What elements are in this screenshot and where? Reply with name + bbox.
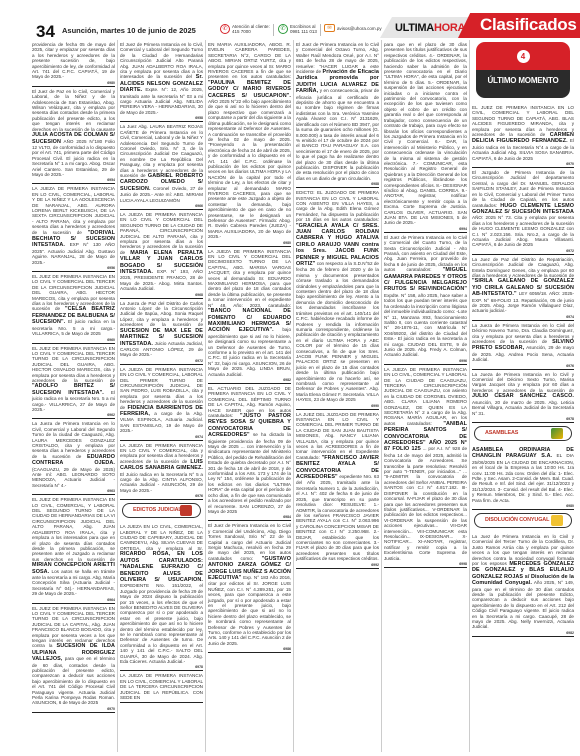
column-3: EN MARIA AUXILIADORA, ABOG. R. EVELIN CA… xyxy=(206,40,294,752)
section-pill-asambleas: ASAMBLEAS xyxy=(474,426,572,441)
legal-notice: El Juez de Paz en lo Civil, Comercial y … xyxy=(32,87,115,185)
notice-code: 6986 xyxy=(208,647,291,651)
legal-notice: LA JUEZA DE PRIMERA INSTANCIA EN LO CIVI… xyxy=(384,365,467,568)
page-number: 34 xyxy=(36,22,55,42)
notice-body: EL JUEZ DE PRIMERA INSTANCIA EN LO CIVIL… xyxy=(472,105,574,161)
notice-body: El Juez de Primera Instancia en lo Civil… xyxy=(120,42,203,115)
ultimo-momento-number: 4 xyxy=(517,50,530,63)
legal-notice: LA JUEZA DE PRIMERA INSTANCIA EN LO CIVI… xyxy=(120,671,203,703)
notice-code: 6980 xyxy=(208,241,291,245)
notice-code: 6998 xyxy=(384,562,467,566)
notice-body: EL ACTUARIO DEL JUZGADO DE PRIMERA INSTA… xyxy=(208,386,291,514)
notice-code: 6956 xyxy=(32,266,115,270)
section-pill-label: DISOLUCIÓN CONYUGAL xyxy=(485,517,549,523)
legal-notice: La Jueza de Paz del Distrito de Carlos A… xyxy=(120,299,203,365)
notice-body: LA JUEZA DE PRIMERA INSTANCIA EN LO CIVI… xyxy=(120,673,203,700)
legal-notice: para que en el plazo de 30 días presente… xyxy=(384,40,467,233)
classifieds-columns: providencia de fecha 05 de mayo del 2025… xyxy=(30,40,576,752)
notice-code: 6982 xyxy=(208,378,291,382)
legal-notice: El Juzgado de Primera Instancia de la Ci… xyxy=(472,168,574,255)
legal-notice: La Juez Abg. LAURA BEATRIZ ROJAS CAÑETE … xyxy=(120,122,203,210)
legal-notice: EL JUEZ DE PRIMERA INSTANCIA EN LO CIVIL… xyxy=(32,272,115,343)
divider xyxy=(273,24,274,36)
notice-body: para que en el plazo de 30 días presente… xyxy=(384,42,467,226)
legal-notice: La Juez de Primera Instancia en lo Civil… xyxy=(472,532,574,637)
notice-code: 6963 xyxy=(32,489,115,493)
notice-code: 6984 xyxy=(208,515,291,519)
notice-body: LA JUEZA DE PRIMERA INSTANCIA EN LO CIVI… xyxy=(208,249,291,377)
notice-body: La Juez Abg. LAURA BEATRIZ ROJAS CAÑETE … xyxy=(120,124,203,203)
legal-notice: EL ACTUARIO DEL JUZGADO DE PRIMERA INSTA… xyxy=(208,384,291,521)
notice-code: 6988 xyxy=(296,182,379,186)
notice-body: EL JUEZ DE PRIMERA INSTANCIA EN LO CIVIL… xyxy=(32,606,115,706)
notice-case-title: JULIO CESAR SANCHEZ CASCO. xyxy=(472,393,574,399)
legal-notice: LA JUEZ DEL JUZGADO DE PRIMERA INSTANCIA… xyxy=(296,410,379,569)
notice-code: 6954 xyxy=(32,178,115,182)
notice-code: 6958 xyxy=(120,116,203,120)
section-title-banner: Clasificados xyxy=(458,13,580,38)
whatsapp-icon: ✆ xyxy=(278,24,288,34)
column-5: para que en el plazo de 30 días presente… xyxy=(382,40,470,752)
notice-code: 6960 xyxy=(32,338,115,342)
legal-notice: EL JUEZ DE PRIMERA INSTANCIA EN LO CIVIL… xyxy=(32,495,115,603)
notice-code: 6978 xyxy=(120,665,203,669)
notice-body: El Juez de Primera Instancia en lo Civil… xyxy=(296,42,379,181)
publication-date: Asunción, martes 10 de junio de 2025 xyxy=(62,26,196,35)
notice-body: La Juez de Primera Instancia en lo Civil… xyxy=(472,534,574,630)
section-pill-edictos-judiciales: EDICTOS JUDICIALES xyxy=(122,503,201,518)
column-2: El Juez de Primera Instancia en lo Civil… xyxy=(118,40,206,752)
notice-body: El Juez de Primera Instancia en lo Civil… xyxy=(208,523,291,646)
notice-code: 6964 xyxy=(32,598,115,602)
notice-body: EN MARIA AUXILIADORA, ABOG. R. EVELIN CA… xyxy=(208,42,291,240)
brand-logo: ULTIMAHORA xyxy=(395,22,465,34)
phone-icon: ✆ xyxy=(220,24,230,34)
legal-notice: LA JUEZA DE PRIMERA INSTANCIA EN LO CIVI… xyxy=(208,247,291,384)
notice-code: 6982 xyxy=(472,631,574,635)
page-header: 34 Asunción, martes 10 de junio de 2025 … xyxy=(0,0,580,38)
notice-case-title: "PAULINA BEMITEZ DE GODOY C/ MARIO RIVER… xyxy=(208,80,291,99)
notice-code: 6990 xyxy=(296,404,379,408)
legal-notice: La Jueza de Primera Instancia en lo Civi… xyxy=(472,370,574,423)
column-6: 4ÚLTIMO MOMENTOEL JUEZ DE PRIMERA INSTAN… xyxy=(470,40,576,752)
notice-code: 6994 xyxy=(384,227,467,231)
legal-notice: providencia de fecha 05 de mayo del 2025… xyxy=(32,40,115,87)
notice-code: 6962 xyxy=(32,413,115,417)
notice-body: providencia de fecha 05 de mayo del 2025… xyxy=(32,42,115,80)
contact-email[interactable]: ✉ avisos@uhora.com.py xyxy=(324,24,382,32)
legal-notice: El Juez de Primera Instancia en lo Civil… xyxy=(208,521,291,653)
divorce-icon xyxy=(551,515,563,526)
section-title: Clasificados xyxy=(480,15,577,35)
legal-notice: EL JUEZ DE PRIMERA INSTANCIA EN LO CIVIL… xyxy=(32,604,115,713)
notice-case-title: "ADOLFO BRITEZ S/ SUCESION INTESTADA". xyxy=(32,383,115,395)
notice-code: 6980 xyxy=(32,81,115,85)
notice-code: 6976 xyxy=(120,494,203,498)
notice-code: 6972 xyxy=(472,249,574,253)
notice-body: LA JUEZA DE PRIMERA INSTANCIA EN LO CIVI… xyxy=(120,212,203,292)
notice-body: LA JUEZA DE PRIMERA INSTANCIA EN LO CIVI… xyxy=(120,367,203,434)
notice-body: EL JUEZ DE PRIMERA INSTANCIA EN LO CIVIL… xyxy=(32,497,115,596)
notice-body: La Jueza de Primera Instancia en lo Civi… xyxy=(472,372,574,416)
notice-body: LA JUEZA DE PRIMERA INSTANCIA EN LO CIVI… xyxy=(120,443,203,494)
column-1: providencia de fecha 05 de mayo del 2025… xyxy=(30,40,118,752)
contact-phone: ✆ Atención al cliente:415 7000 xyxy=(220,24,270,34)
legal-notice: La Juez de Paz del Distrito de Repatriac… xyxy=(472,255,574,321)
legal-notice: El Juez de Primera Instancia en lo Civil… xyxy=(296,40,379,188)
notice-body: La Juez de Paz del Distrito de Repatriac… xyxy=(472,257,574,314)
notice-body: LA JUEZ DEL JUZGADO DE PRIMERA INSTANCIA… xyxy=(296,412,379,562)
notice-code: 6970 xyxy=(472,162,574,166)
section-pill-disoluci-n-conyugal: DISOLUCIÓN CONYUGAL xyxy=(474,513,572,528)
legal-notice: LA JUEZA DE PRIMERA INSTANCIA EN LO CIVI… xyxy=(120,365,203,441)
notice-body: El Juzgado de Primera Instancia de la Ci… xyxy=(472,170,574,248)
legal-notice: LA JUEZA DE PRIMERA INSTANCIA EN LO CIVI… xyxy=(120,210,203,299)
notice-body: EL JUEZ DE PRIMERA INSTANCIA EN LO CIVIL… xyxy=(32,346,115,413)
legal-notice: EN MARIA AUXILIADORA, ABOG. R. EVELIN CA… xyxy=(208,40,291,247)
notice-body: LA JUEZA DE PRIMERA INSTANCIA EN LO CIVI… xyxy=(32,186,115,265)
legal-notice: EL JUEZ DE PRIMERA INSTANCIA EN LO CIVIL… xyxy=(32,344,115,420)
notice-body: La Jueza de Paz del Distrito de Carlos A… xyxy=(120,301,203,358)
legal-notice: EL JUEZ DE PRIMERA INSTANCIA EN LO CIVIL… xyxy=(472,103,574,168)
section-pill-label: ASAMBLEAS xyxy=(485,430,518,436)
notice-code: 6972 xyxy=(120,359,203,363)
notice-code: 6978 xyxy=(472,417,574,421)
email-icon: ✉ xyxy=(324,24,335,32)
notice-code: 6980 xyxy=(472,504,574,508)
ultimo-momento-label: ÚLTIMO MOMENTO xyxy=(476,76,570,85)
legal-notice: LA JUEZA DE PRIMERA INSTANCIA EN LO CIVI… xyxy=(120,441,203,501)
notice-body: EDICTO: EL JUZGADO DE PRIMERA INSTANCIA … xyxy=(296,190,379,402)
assembly-icon xyxy=(551,428,563,439)
divider xyxy=(320,24,321,36)
notice-code: 6968 xyxy=(120,293,203,297)
notice-body: El Juez de Primera Instancia en lo Civil… xyxy=(384,235,467,358)
gavel-icon xyxy=(180,505,192,516)
legal-notice: EDICTO: EL JUZGADO DE PRIMERA INSTANCIA … xyxy=(296,188,379,409)
legal-notice: La Jueza de Primera Instancia en lo Civi… xyxy=(32,419,115,495)
legal-notice: El Juez de Primera Instancia en lo Civil… xyxy=(120,40,203,122)
contact-whatsapp: ✆ Escribinos al0981 111 013 xyxy=(278,24,317,34)
notice-body: EL JUEZ DE PRIMERA INSTANCIA EN LO CIVIL… xyxy=(32,274,115,336)
notice-body: LA JUEZA EN LO CIVIL, COMERCIAL, LABORAL… xyxy=(120,524,203,664)
notice-case-title: RICARDO ROSA, EN LOS AUTOS CARATULADOS: … xyxy=(120,551,203,583)
notice-body: La Jueza de Primera Instancia en lo Civi… xyxy=(32,421,115,488)
notice-code: 6974 xyxy=(120,435,203,439)
notice-body: La Jueza de Primera Instancia en lo Civi… xyxy=(472,323,574,363)
notice-code: 6970 xyxy=(32,707,115,711)
notice-case-title: "BANCO NACIONAL DE FOMENTO C/ EDUARDO MA… xyxy=(208,308,291,333)
legal-notice: ASAMBLEA ORDINARIA DE CHANGLIN PARAGUAY … xyxy=(472,445,574,510)
notice-body: ASAMBLEA ORDINARIA DE CHANGLIN PARAGUAY … xyxy=(472,447,574,503)
notice-code: 6974 xyxy=(472,315,574,319)
notice-code: 6992 xyxy=(296,563,379,567)
legal-notice: LA JUEZA EN LO CIVIL, COMERCIAL, LABORAL… xyxy=(120,522,203,671)
notice-code: 6976 xyxy=(472,364,574,368)
notice-code: 6996 xyxy=(384,359,467,363)
legal-notice: El Juez de Primera Instancia en lo Civil… xyxy=(384,233,467,365)
notice-body: El Juez de Paz en lo Civil, Comercial y … xyxy=(32,89,115,178)
notice-body: LA JUEZA DE PRIMERA INSTANCIA EN LO CIVI… xyxy=(384,367,467,561)
legal-notice: La Jueza de Primera Instancia en lo Civi… xyxy=(472,321,574,370)
column-4: El Juez de Primera Instancia en lo Civil… xyxy=(294,40,382,752)
legal-notice: LA JUEZA DE PRIMERA INSTANCIA EN LO CIVI… xyxy=(32,184,115,272)
ultimo-momento-banner: 4ÚLTIMO MOMENTO xyxy=(476,42,570,98)
notice-code: 6966 xyxy=(120,204,203,208)
